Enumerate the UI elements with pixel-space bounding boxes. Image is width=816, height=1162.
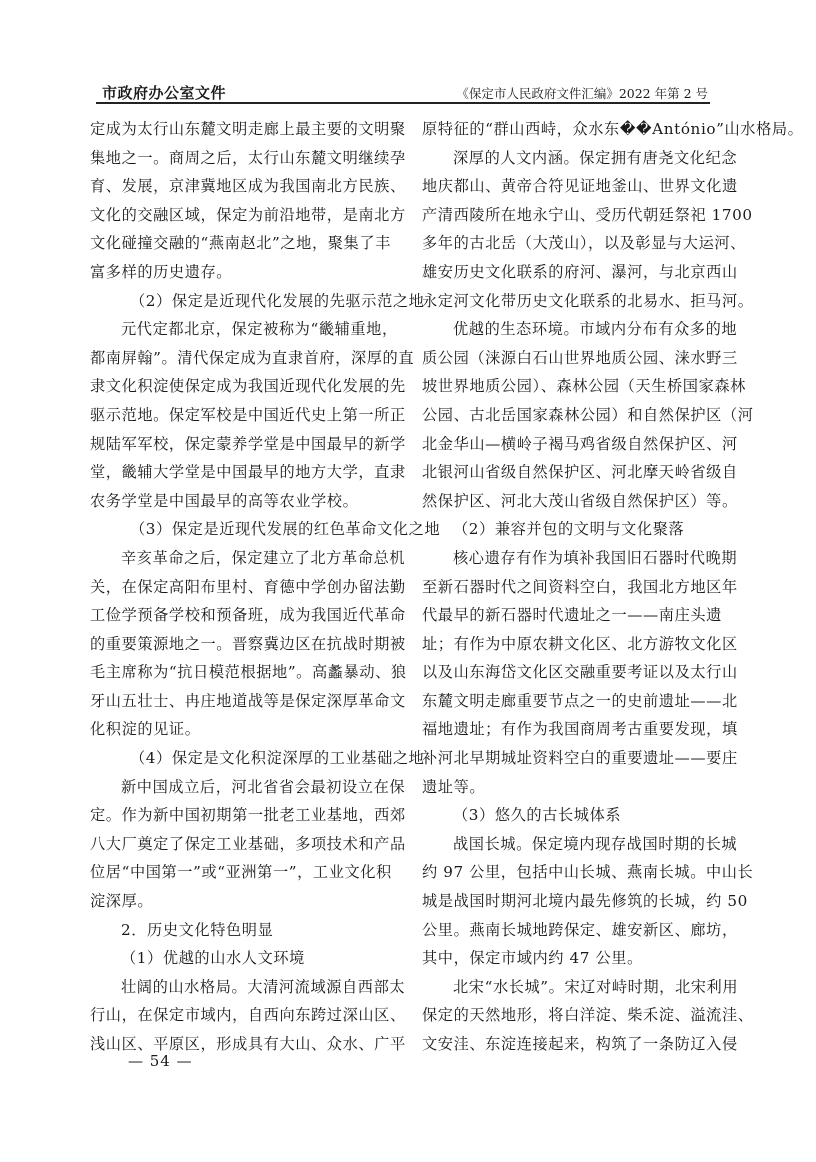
text-line: 都南屏翰”。清代保定成为直隶首府，深厚的直 xyxy=(90,344,410,373)
text-line: 农务学堂是中国最早的高等农业学校。 xyxy=(90,487,410,516)
text-line: 永定河文化带历史文化联系的北易水、拒马河。 xyxy=(422,287,742,316)
text-line: 质公园（涞源白石山世界地质公园、涞水野三 xyxy=(422,344,742,373)
text-line: 遗址等。 xyxy=(422,773,742,802)
text-line: 深厚的人文内涵。保定拥有唐尧文化纪念 xyxy=(422,144,742,173)
text-line: 产清西陵所在地永宁山、受历代朝廷祭祀 1700 xyxy=(422,201,742,230)
text-line: 其中，保定市域内约 47 公里。 xyxy=(422,944,742,973)
text-line: 定成为太行山东麓文明走廊上最主要的文明聚 xyxy=(90,115,410,144)
text-line: 北金华山—横岭子褐马鸡省级自然保护区、河 xyxy=(422,430,742,459)
text-line: 保定的天然地形，将白洋淀、柴禾淀、溢流洼、 xyxy=(422,1001,742,1030)
text-line: 东麓文明走廊重要节点之一的史前遗址——北 xyxy=(422,687,742,716)
text-line: 行山，在保定市域内，自西向东跨过深山区、 xyxy=(90,1001,410,1030)
text-line: （2）兼容并包的文明与文化聚落 xyxy=(422,515,742,544)
text-line: 规陆军军校，保定蒙养学堂是中国最早的新学 xyxy=(90,430,410,459)
text-line: 隶文化积淀使保定成为我国近现代化发展的先 xyxy=(90,372,410,401)
text-line: 福地遗址；有作为我国商周考古重要发现，填 xyxy=(422,715,742,744)
text-line: 文化的交融区域，保定为前沿地带，是南北方 xyxy=(90,201,410,230)
text-line: 2．历史文化特色明显 xyxy=(90,916,410,945)
text-line: （1）优越的山水人文环境 xyxy=(90,944,410,973)
text-line: 然保护区、河北大茂山省级自然保护区）等。 xyxy=(422,487,742,516)
text-line: 原特征的“群山西峙，众水东��António”山水格局。 xyxy=(422,115,742,144)
text-line: 代最早的新石器时代遗址之一——南庄头遗 xyxy=(422,601,742,630)
text-line: 雄安历史文化联系的府河、瀑河，与北京西山 xyxy=(422,258,742,287)
text-line: 关，在保定高阳布里村、育德中学创办留法勤 xyxy=(90,573,410,602)
text-line: 辛亥革命之后，保定建立了北方革命总机 xyxy=(90,544,410,573)
text-line: 至新石器时代之间资料空白，我国北方地区年 xyxy=(422,573,742,602)
text-line: 多年的古北岳（大茂山），以及彰显与大运河、 xyxy=(422,229,742,258)
text-line: 新中国成立后，河北省省会最初设立在保 xyxy=(90,773,410,802)
text-line: 淀深厚。 xyxy=(90,887,410,916)
text-line: 驱示范地。保定军校是中国近代史上第一所正 xyxy=(90,401,410,430)
page-header: 市政府办公室文件 《保定市人民政府文件汇编》2022 年第 2 号 xyxy=(96,80,710,104)
left-text-column: 定成为太行山东麓文明走廊上最主要的文明聚集地之一。商周之后，太行山东麓文明继续孕… xyxy=(90,115,410,1059)
text-line: 堂，畿辅大学堂是中国最早的地方大学，直隶 xyxy=(90,458,410,487)
text-line: 位居“中国第一”或“亚洲第一”，工业文化积 xyxy=(90,858,410,887)
text-line: 公园、古北岳国家森林公园）和自然保护区（河 xyxy=(422,401,742,430)
text-line: 核心遗存有作为填补我国旧石器时代晚期 xyxy=(422,544,742,573)
right-text-column: 原特征的“群山西峙，众水东��António”山水格局。深厚的人文内涵。保定拥有… xyxy=(422,115,742,1059)
text-line: 定。作为新中国初期第一批老工业基地，西郊 xyxy=(90,801,410,830)
text-line: 化积淀的见证。 xyxy=(90,715,410,744)
header-publication-title: 《保定市人民政府文件汇编》2022 年第 2 号 xyxy=(456,84,708,102)
text-line: （2）保定是近现代化发展的先驱示范之地 xyxy=(90,287,410,316)
text-line: 牙山五壮士、冉庄地道战等是保定深厚革命文 xyxy=(90,687,410,716)
text-line: 优越的生态环境。市域内分布有众多的地 xyxy=(422,315,742,344)
text-line: 文安洼、东淀连接起来，构筑了一条防辽入侵 xyxy=(422,1030,742,1059)
header-office-title: 市政府办公室文件 xyxy=(102,82,226,103)
text-line: （3）保定是近现代发展的红色革命文化之地 xyxy=(90,515,410,544)
text-line: 城是战国时期河北境内最先修筑的长城，约 50 xyxy=(422,887,742,916)
text-line: 公里。燕南长城地跨保定、雄安新区、廊坊， xyxy=(422,916,742,945)
text-line: （3）悠久的古长城体系 xyxy=(422,801,742,830)
text-line: 址；有作为中原农耕文化区、北方游牧文化区 xyxy=(422,630,742,659)
text-line: 文化碰撞交融的“燕南赵北”之地，聚集了丰 xyxy=(90,229,410,258)
text-line: 约 97 公里，包括中山长城、燕南长城。中山长 xyxy=(422,858,742,887)
text-line: 元代定都北京，保定被称为“畿辅重地， xyxy=(90,315,410,344)
text-line: 地庆都山、黄帝合符见证地釜山、世界文化遗 xyxy=(422,172,742,201)
text-line: 集地之一。商周之后，太行山东麓文明继续孕 xyxy=(90,144,410,173)
text-line: 补河北早期城址资料空白的重要遗址——要庄 xyxy=(422,744,742,773)
text-line: 富多样的历史遗存。 xyxy=(90,258,410,287)
text-line: 毛主席称为“抗日模范根据地”。高蠡暴动、狼 xyxy=(90,658,410,687)
text-line: 壮阔的山水格局。大清河流域源自西部太 xyxy=(90,973,410,1002)
text-line: 坡世界地质公园）、森林公园（天生桥国家森林 xyxy=(422,372,742,401)
text-line: 工俭学预备学校和预备班，成为我国近代革命 xyxy=(90,601,410,630)
text-line: 的重要策源地之一。晋察冀边区在抗战时期被 xyxy=(90,630,410,659)
text-line: 北银河山省级自然保护区、河北摩天岭省级自 xyxy=(422,458,742,487)
text-line: 战国长城。保定境内现存战国时期的长城 xyxy=(422,830,742,859)
text-line: （4）保定是文化积淀深厚的工业基础之地 xyxy=(90,744,410,773)
text-line: 八大厂奠定了保定工业基础，多项技术和产品 xyxy=(90,830,410,859)
text-line: 以及山东海岱文化区交融重要考证以及太行山 xyxy=(422,658,742,687)
page-number: — 54 — xyxy=(128,1052,193,1070)
text-line: 育、发展，京津冀地区成为我国南北方民族、 xyxy=(90,172,410,201)
text-line: 北宋“水长城”。宋辽对峙时期，北宋利用 xyxy=(422,973,742,1002)
